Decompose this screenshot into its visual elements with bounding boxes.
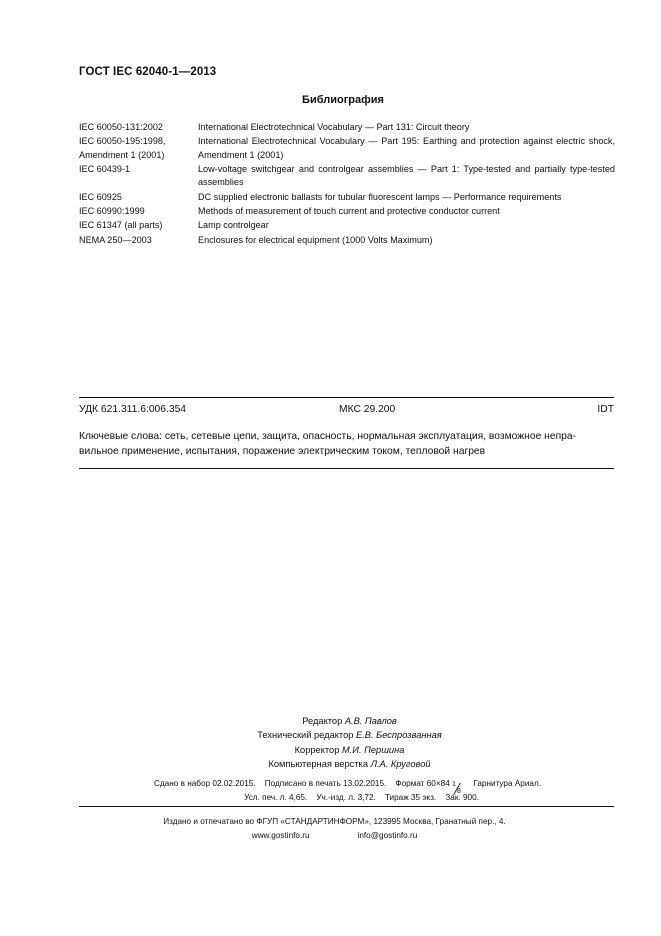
bibliography-ref: IEC 60925: [79, 191, 198, 204]
bibliography-ref: IEC 60050-131:2002: [79, 121, 198, 134]
imprint-print-sheets: Усл. печ. л. 4,65.: [244, 793, 307, 802]
divider-imprint: [79, 806, 614, 807]
publisher: Издано и отпечатано во ФГУП «СТАНДАРТИНФ…: [0, 815, 661, 843]
bibliography-title-text: Low-voltage switchgear and controlgear a…: [198, 163, 615, 189]
bibliography-ref: NEMA 250—2003: [79, 234, 198, 247]
bibliography-ref: IEC 60050-195:1998, Amendment 1 (2001): [79, 135, 198, 161]
bibliography-title-text: International Electrotechnical Vocabular…: [198, 121, 615, 134]
credit-role: Компьютерная верстка: [268, 759, 370, 769]
document-id: ГОСТ IEC 62040-1—2013: [79, 66, 216, 78]
credits: Редактор А.В. Павлов Технический редакто…: [0, 714, 661, 772]
bibliography-title-text: DC supplied electronic ballasts for tubu…: [198, 191, 615, 204]
bibliography-entry: IEC 60050-131:2002 International Electro…: [79, 121, 615, 134]
divider-top: [79, 397, 614, 398]
credit-name: Л.А. Круговой: [371, 759, 431, 769]
fraction-numerator: 1: [452, 781, 456, 788]
udk-code: УДК 621.311.6:006.354: [79, 404, 339, 415]
imprint-run: Тираж 35 экз.: [385, 793, 436, 802]
credit-editor: Редактор А.В. Павлов: [38, 714, 661, 728]
bibliography-entry: IEC 60050-195:1998, Amendment 1 (2001) I…: [79, 135, 615, 161]
imprint-typeface: Гарнитура Ариал.: [473, 779, 541, 788]
bibliography-ref: IEC 61347 (all parts): [79, 219, 198, 232]
bibliography-title-text: International Electrotechnical Vocabular…: [198, 135, 615, 161]
credit-proofreader: Корректор М.И. Першина: [38, 743, 661, 757]
imprint-signed: Подписано в печать 13.02.2015.: [265, 779, 387, 788]
bibliography-entry: NEMA 250—2003 Enclosures for electrical …: [79, 234, 615, 247]
credit-role: Редактор: [302, 716, 345, 726]
keywords: Ключевые слова: сеть, сетевые цепи, защи…: [79, 430, 614, 459]
imprint-line-2: Усл. печ. л. 4,65. Уч.-изд. л. 3,72. Тир…: [0, 793, 661, 802]
credit-layout: Компьютерная верстка Л.А. Круговой: [38, 757, 661, 771]
credit-role: Технический редактор: [257, 730, 356, 740]
credit-role: Корректор: [295, 745, 342, 755]
bibliography-entry: IEC 60990:1999 Methods of measurement of…: [79, 205, 615, 218]
imprint-pub-sheets: Уч.-изд. л. 3,72.: [316, 793, 375, 802]
bibliography-entry: IEC 60925 DC supplied electronic ballast…: [79, 191, 615, 204]
bibliography-ref: IEC 60439-1: [79, 163, 198, 189]
bibliography-ref: IEC 60990:1999: [79, 205, 198, 218]
publisher-line: Издано и отпечатано во ФГУП «СТАНДАРТИНФ…: [8, 815, 661, 829]
imprint-order: Зак. 900.: [445, 793, 479, 802]
credit-tech-editor: Технический редактор Е.В. Беспрозванная: [38, 728, 661, 742]
idt-label: IDT: [597, 404, 614, 415]
bibliography-title-text: Lamp controlgear: [198, 219, 615, 232]
classification-row: УДК 621.311.6:006.354 МКС 29.200 IDT: [79, 404, 614, 415]
imprint-format: Формат 60×84: [395, 779, 449, 788]
divider-bottom: [79, 468, 614, 469]
bibliography-table: IEC 60050-131:2002 International Electro…: [79, 121, 615, 248]
credit-name: М.И. Першина: [342, 745, 404, 755]
bibliography-title-text: Methods of measurement of touch current …: [198, 205, 615, 218]
credit-name: А.В. Павлов: [345, 716, 397, 726]
imprint-submitted: Сдано в набор 02.02.2015.: [154, 779, 256, 788]
publisher-website[interactable]: www.gostinfo.ru: [252, 829, 310, 843]
bibliography-title-text: Enclosures for electrical equipment (100…: [198, 234, 615, 247]
bibliography-entry: IEC 61347 (all parts) Lamp controlgear: [79, 219, 615, 232]
bibliography-title: Библиография: [0, 94, 661, 106]
publisher-contacts: www.gostinfo.ruinfo@gostinfo.ru: [8, 829, 661, 843]
imprint-line-1: Сдано в набор 02.02.2015. Подписано в пе…: [0, 779, 661, 788]
mks-code: МКС 29.200: [339, 404, 597, 415]
credit-name: Е.В. Беспрозванная: [356, 730, 442, 740]
publisher-email[interactable]: info@gostinfo.ru: [358, 829, 418, 843]
bibliography-entry: IEC 60439-1 Low-voltage switchgear and c…: [79, 163, 615, 189]
